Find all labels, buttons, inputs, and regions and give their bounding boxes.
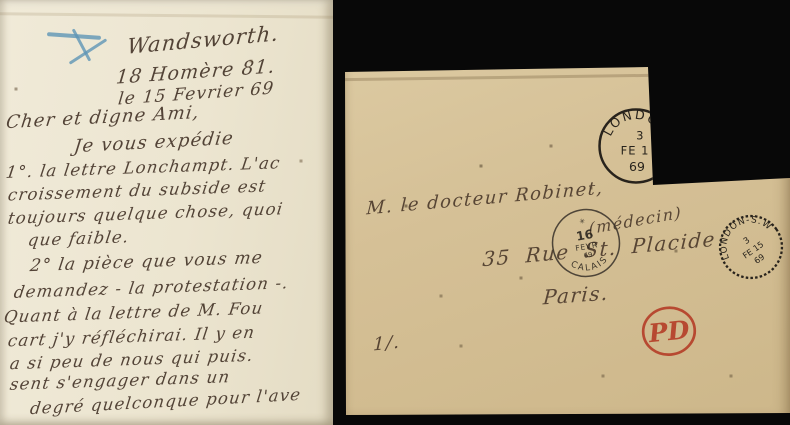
letter-line: demandez - la protestation -. [13,273,290,302]
photo-stage: Wandsworth. 18 Homère 81. le 15 Fevrier … [0,0,790,425]
handwritten-letter: Wandsworth. 18 Homère 81. le 15 Fevrier … [0,0,333,425]
letter-line: toujours quelque chose, quoi [7,199,285,228]
postmark-num: 3 [636,128,643,142]
letter-line: Cher et digne Ami, [5,102,201,133]
letter-line: Quant à la lettre de M. Fou [3,298,265,326]
address-city: Paris. [542,281,610,310]
paper-crease [0,12,333,18]
postmark-date: FE 1 [621,144,650,158]
pd-stamp-label: PD [646,314,691,348]
envelope: M. le docteur Robinet, (médecin) 35 Rue … [340,45,790,425]
postmark-london-top: LONDON 3 FE 1 69 [588,98,684,194]
postmark-year: 69 [583,251,593,260]
postmark-calais: ✳ 16 FEVR 69 CALAIS [542,199,630,287]
postmark-ornament: ✳ [579,217,586,226]
letter-line: 2° la pièce que vous me [29,248,265,276]
pd-stamp: PD [636,300,702,363]
paper-specks [0,0,2,2]
postmark-london-sw: LONDON-S.W 3 FE 15 69 [701,197,790,297]
letter-line: Wandsworth. [126,21,280,59]
envelope-fold-crease [344,74,649,81]
postal-rate-notation: 1/. [373,331,401,355]
letter-line: que faible. [27,227,131,250]
letter-line: Je vous expédie [73,128,235,158]
postmark-year: 69 [629,159,645,174]
paper-specks [340,45,342,47]
